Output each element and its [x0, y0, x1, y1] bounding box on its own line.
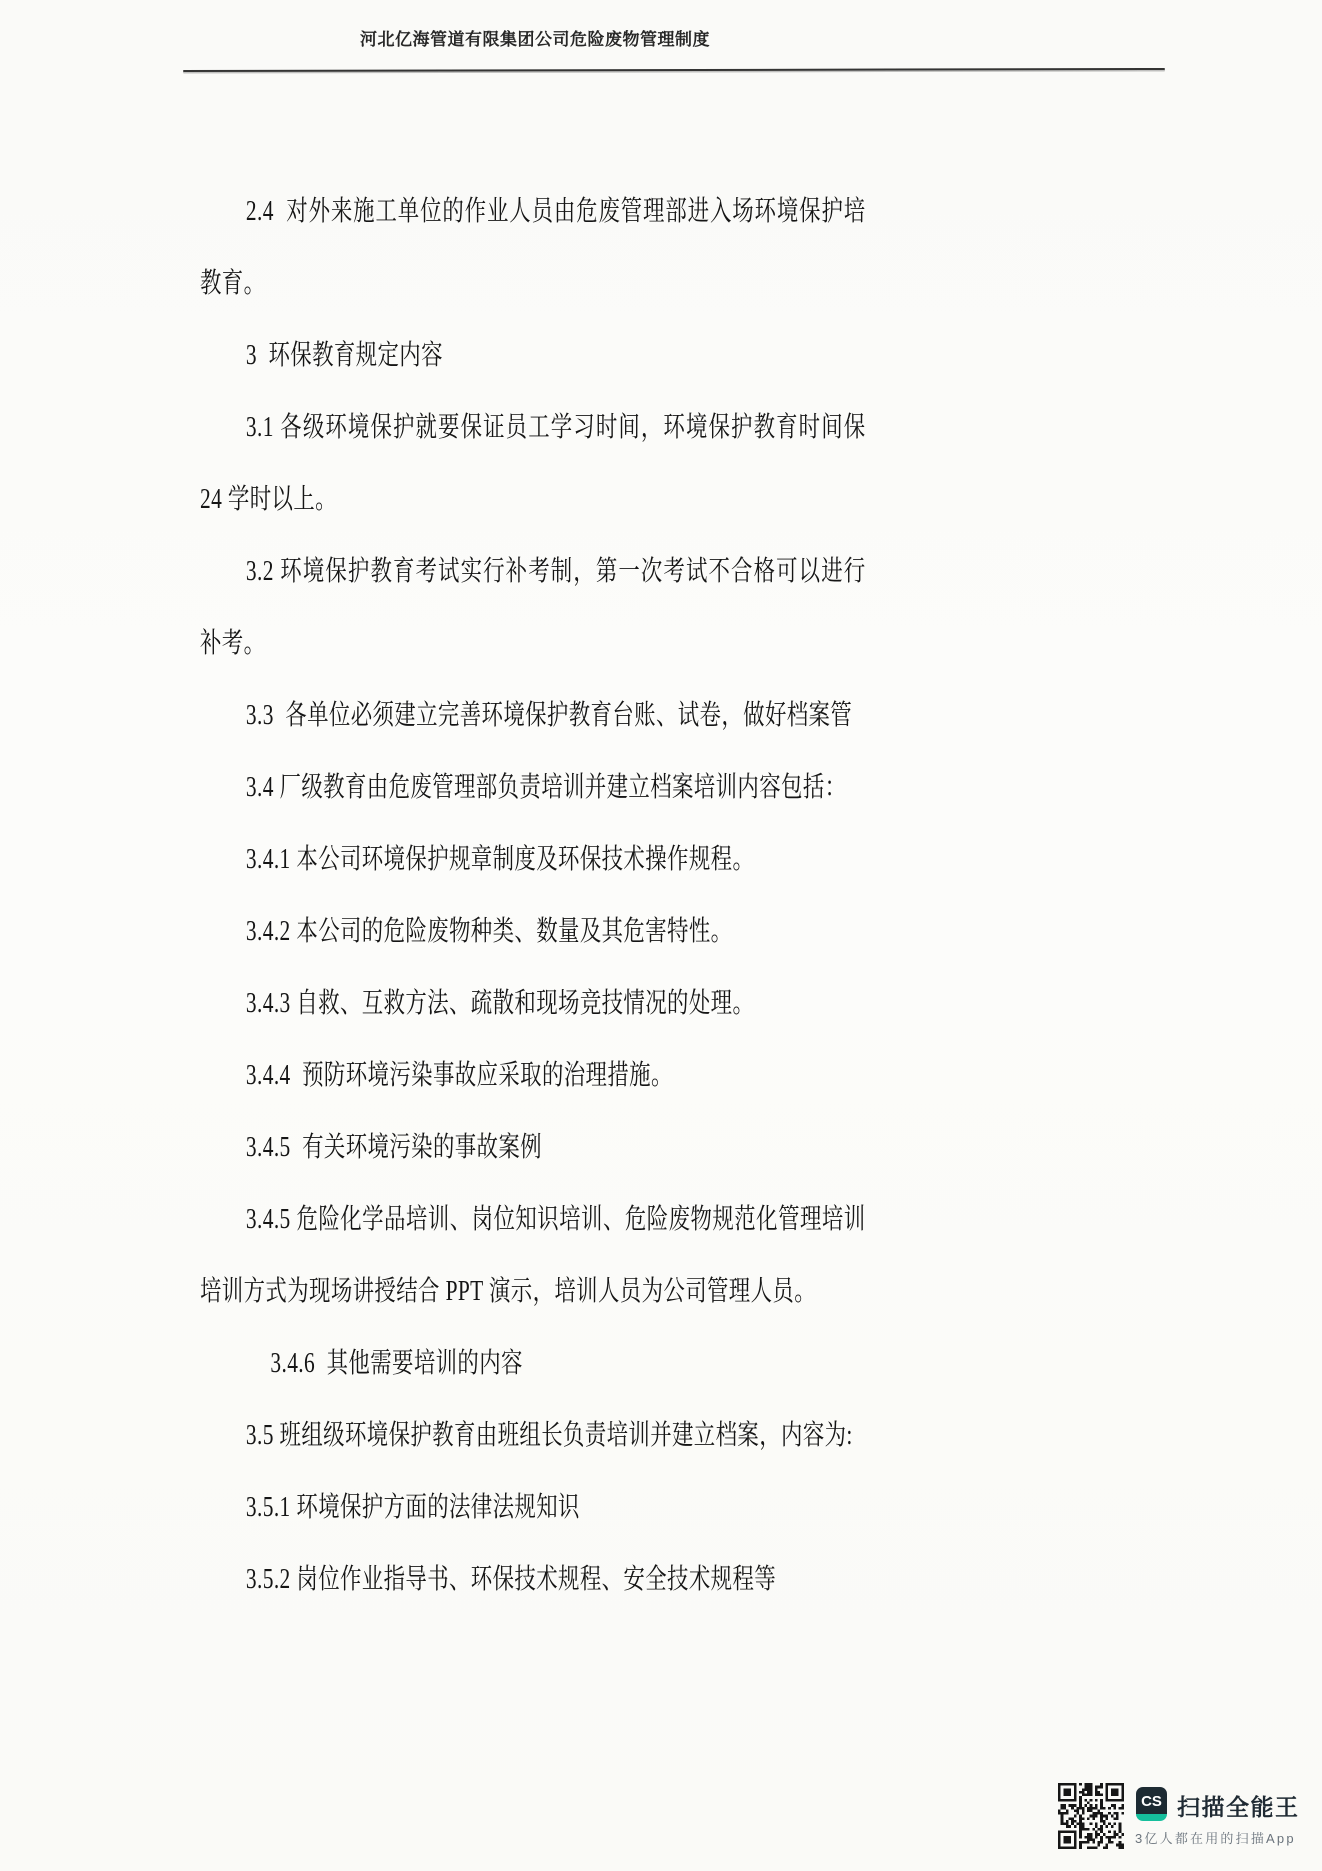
document-line: 3.5.2 岗位作业指导书、环保技术规程、安全技术规程等 [200, 1544, 866, 1616]
document-line: 3.1 各级环境保护就要保证员工学习时间，环境保护教育时间保证在 [200, 392, 866, 464]
document-body: 2.4 对外来施工单位的作业人员由危废管理部进入场环境保护培训教育。3 环保教育… [200, 176, 1070, 1616]
document-line: 3.5.1 环境保护方面的法律法规知识 [200, 1472, 866, 1544]
document-page: 河北亿海管道有限集团公司危险废物管理制度 2.4 对外来施工单位的作业人员由危废… [0, 0, 1322, 1871]
document-line: 教育。 [200, 248, 866, 320]
document-line: 24 学时以上。 [200, 464, 866, 536]
document-line: 3.4.3 自救、互救方法、疏散和现场竞技情况的处理。 [200, 968, 866, 1040]
header-underline [183, 68, 1165, 72]
document-line: 3 环保教育规定内容 [200, 320, 866, 392]
document-line: 3.4.2 本公司的危险废物种类、数量及其危害特性。 [200, 896, 866, 968]
document-line: 3.4 厂级教育由危废管理部负责培训并建立档案培训内容包括： [200, 752, 866, 824]
document-line: 3.4.6 其他需要培训的内容 [200, 1328, 866, 1400]
camscanner-tagline: 3亿人都在用的扫描App [1135, 1828, 1296, 1847]
camscanner-logo-icon: CS [1136, 1787, 1167, 1821]
document-line: 3.5 班组级环境保护教育由班组长负责培训并建立档案，内容为: [200, 1400, 866, 1472]
camscanner-app-name: 扫描全能王 [1177, 1789, 1300, 1822]
document-line: 3.4.4 预防环境污染事故应采取的治理措施。 [200, 1040, 866, 1112]
document-line: 3.3 各单位必须建立完善环境保护教育台账、试卷，做好档案管理。 [200, 680, 866, 752]
camscanner-logo-text: CS [1136, 1787, 1167, 1814]
document-line: 补考。 [200, 608, 866, 680]
document-line: 2.4 对外来施工单位的作业人员由危废管理部进入场环境保护培训 [200, 176, 866, 248]
document-line: 3.4.5 有关环境污染的事故案例 [200, 1112, 866, 1184]
document-line: 3.4.1 本公司环境保护规章制度及环保技术操作规程。 [200, 824, 866, 896]
document-line: 3.2 环境保护教育考试实行补考制，第一次考试不合格可以进行一次 [200, 536, 866, 608]
camscanner-logo-green-bar [1136, 1814, 1167, 1821]
page-header-title: 河北亿海管道有限集团公司危险废物管理制度 [185, 28, 885, 52]
qr-code-icon [1058, 1783, 1124, 1849]
document-line: 3.4.5 危险化学品培训、岗位知识培训、危险废物规范化管理培训等， [200, 1184, 866, 1256]
document-line: 培训方式为现场讲授结合 PPT 演示，培训人员为公司管理人员。 [200, 1256, 866, 1328]
